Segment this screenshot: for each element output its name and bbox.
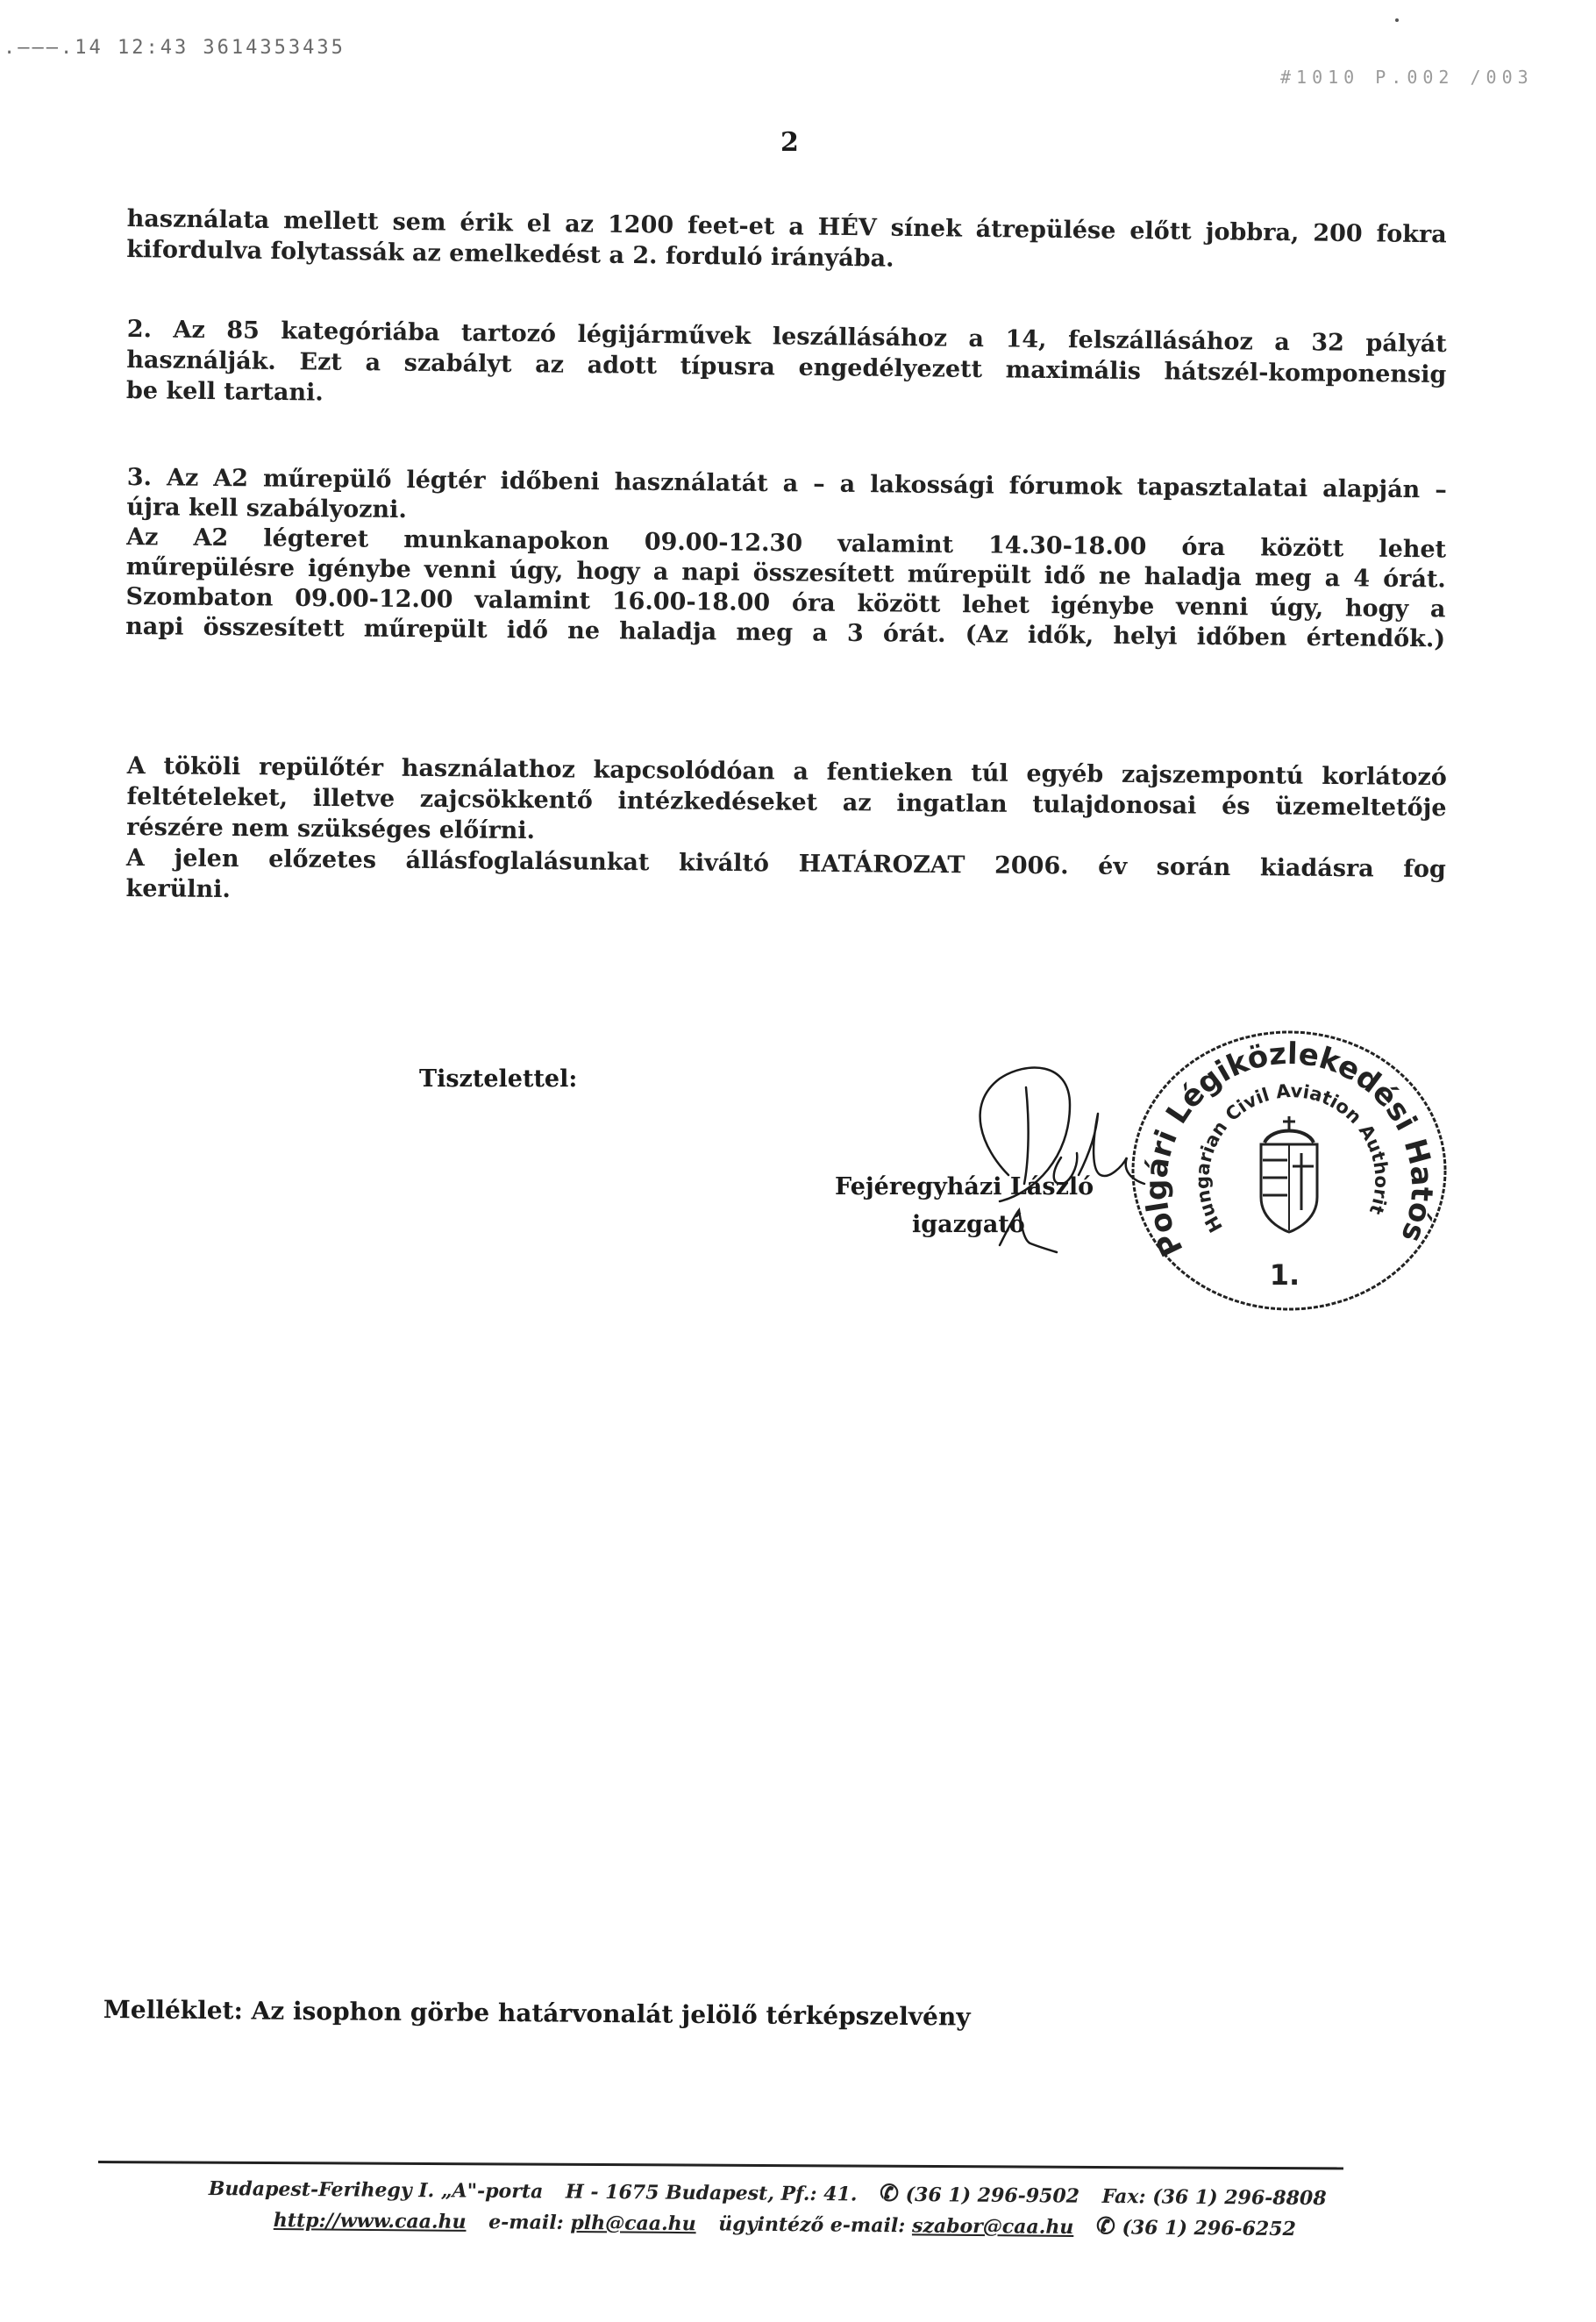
footer-website-link[interactable]: http://www.caa.hu <box>274 2209 467 2233</box>
footer-duty-phone: (36 1) 296-6252 <box>1122 2216 1296 2240</box>
paragraph-1: használata mellett sem érik el az 1200 f… <box>126 203 1447 281</box>
signer-title: igazgató <box>912 1211 1025 1238</box>
fax-header-left: .‒‒‒.14 12:43 3614353435 <box>4 37 346 59</box>
paragraph-3: 3. Az A2 műrepülő légtér időbeni használ… <box>125 463 1447 654</box>
signer-name: Fejéregyházi László <box>835 1173 1094 1200</box>
footer-address: Budapest-Ferihegy I. „A"-porta <box>209 2177 544 2203</box>
page-number: 2 <box>780 127 799 158</box>
phone-icon: ✆ <box>880 2181 899 2207</box>
footer-email-label: e-mail: <box>488 2211 564 2234</box>
footer-postal: H - 1675 Budapest, Pf.: 41. <box>566 2181 858 2206</box>
footer-phone: (36 1) 296-9502 <box>906 2183 1080 2208</box>
paragraph-4: A tököli repülőtér használathoz kapcsoló… <box>125 751 1446 915</box>
footer-address-line: Budapest-Ferihegy I. „A"-porta H - 1675 … <box>209 2175 1327 2211</box>
paragraph-2: 2. Az 85 kategóriába tartozó légijárműve… <box>126 314 1447 421</box>
footer-contact-line: http://www.caa.hu e-mail: plh@caa.hu ügy… <box>274 2206 1296 2241</box>
stamp-number: 1. <box>1270 1258 1300 1292</box>
footer-email-link[interactable]: plh@caa.hu <box>570 2212 696 2235</box>
footer-duty-email-link[interactable]: szabor@caa.hu <box>912 2214 1074 2239</box>
scan-speck <box>1395 18 1399 22</box>
official-stamp: Polgári Légiközlekedési Hatóság Hungaria… <box>1114 1022 1464 1320</box>
coat-of-arms-icon <box>1261 1116 1317 1232</box>
footer-fax: (36 1) 296-8808 <box>1152 2185 1327 2210</box>
closing-salutation: Tisztelettel: <box>419 1065 577 1093</box>
attachment-note: Melléklet: Az isophon görbe határvonalát… <box>103 1995 971 2032</box>
footer-duty-email-label: ügyintéző e-mail: <box>718 2212 905 2237</box>
footer-divider <box>98 2161 1343 2169</box>
phone-icon: ✆ <box>1096 2213 1115 2240</box>
footer-fax-label: Fax: <box>1102 2185 1146 2208</box>
fax-header-right: #1010 P.002 /003 <box>1280 67 1534 88</box>
